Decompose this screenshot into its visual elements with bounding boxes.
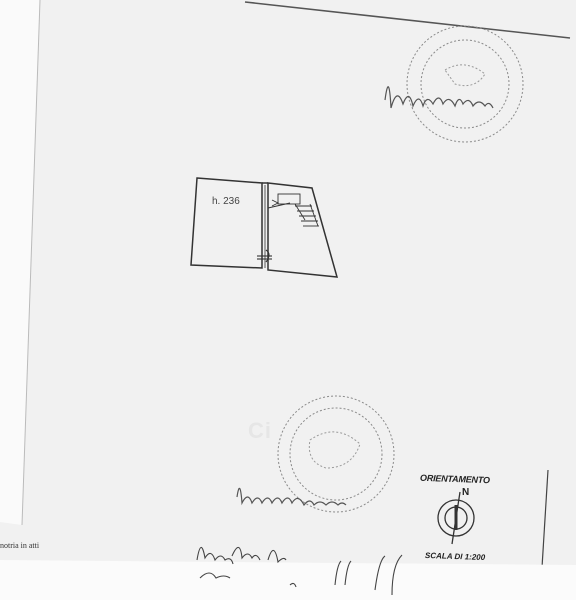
document-drawing [0,0,576,600]
footer-note: notria in atti [0,541,39,550]
north-label: N [462,487,469,498]
watermark-text: Ci [248,418,272,444]
scanned-document: Ci h. 236 ORIENTAMENTO N SCALA DI 1:200 … [0,0,576,600]
room-height-label: h. 236 [212,196,240,207]
